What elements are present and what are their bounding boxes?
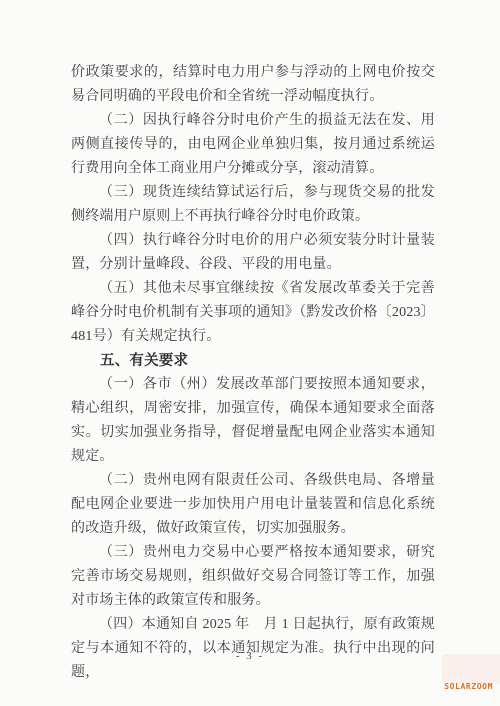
paragraph-continuation: 价政策要求的，结算时电力用户参与浮动的上网电价按交易合同明确的平段电价和全省统一… [71, 61, 435, 109]
paragraph-item-3: （三）现货连续结算试运行后，参与现货交易的批发侧终端用户原则上不再执行峰谷分时电… [71, 181, 435, 229]
solarzoom-watermark: SOLARZOOM [444, 682, 493, 691]
document-body: 价政策要求的，结算时电力用户参与浮动的上网电价按交易合同明确的平段电价和全省统一… [71, 61, 435, 685]
page-number: - 3 - [0, 650, 500, 662]
watermark-smudge [442, 654, 500, 684]
requirement-paragraph-3: （三）贵州电力交易中心要严格按本通知要求，研究完善市场交易规则，组织做好交易合同… [71, 541, 435, 613]
paragraph-item-4: （四）执行峰谷分时电价的用户必须安装分时计量装置，分别计量峰段、谷段、平段的用电… [71, 229, 435, 277]
section-heading-requirements: 五、有关要求 [71, 349, 435, 373]
paragraph-item-2: （二）因执行峰谷分时电价产生的损益无法在发、用两侧直接传导的，由电网企业单独归集… [71, 109, 435, 181]
requirement-paragraph-1: （一）各市（州）发展改革部门要按照本通知要求，精心组织，周密安排，加强宣传，确保… [71, 373, 435, 469]
document-page: 价政策要求的，结算时电力用户参与浮动的上网电价按交易合同明确的平段电价和全省统一… [0, 0, 500, 706]
paragraph-item-5: （五）其他未尽事宜继续按《省发展改革委关于完善峰谷分时电价机制有关事项的通知》（… [71, 277, 435, 349]
requirement-paragraph-2: （二）贵州电网有限责任公司、各级供电局、各增量配电网企业要进一步加快用户用电计量… [71, 469, 435, 541]
requirement-paragraph-4: （四）本通知自 2025 年 月 1 日起执行，原有政策规定与本通知不符的，以本… [71, 613, 435, 685]
